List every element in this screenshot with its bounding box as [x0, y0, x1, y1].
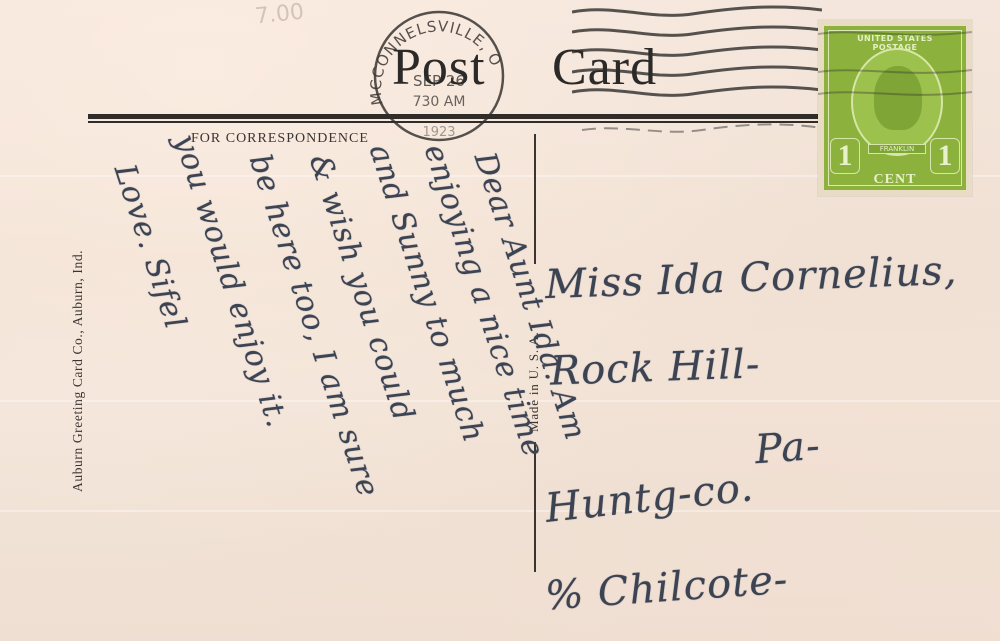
stamp-cancel-lines: [818, 20, 972, 196]
postcard-back: 7.00 MCCONNELSVILLE, O SEP 26 730 AM 192…: [0, 0, 1000, 641]
message-signature: Love. Sifel: [107, 160, 193, 334]
postage-stamp: UNITED STATES POSTAGE FRANKLIN 1 1 CENT: [818, 20, 972, 196]
pencil-price-note: 7.00: [254, 0, 305, 29]
card-heading: Card: [552, 42, 657, 94]
address-state: Pa-: [753, 423, 822, 473]
svg-text:1923: 1923: [422, 125, 455, 140]
divider-line-bottom: [534, 442, 536, 572]
address-care-of: % Chilcote-: [544, 557, 790, 620]
header-rule-thin: [88, 121, 820, 123]
paper-crease: [0, 510, 1000, 512]
publisher-imprint: Auburn Greeting Card Co., Auburn, Ind.: [70, 250, 86, 492]
header-rule: [88, 114, 820, 119]
post-heading: Post: [392, 42, 486, 94]
address-county: Huntg-co.: [543, 464, 756, 532]
correspondence-label: FOR CORRESPONDENCE: [191, 131, 369, 147]
address-town: Rock Hill-: [549, 341, 761, 394]
divider-line-top: [534, 134, 536, 264]
address-recipient: Miss Ida Cornelius,: [544, 248, 958, 308]
svg-text:730 AM: 730 AM: [413, 94, 466, 110]
